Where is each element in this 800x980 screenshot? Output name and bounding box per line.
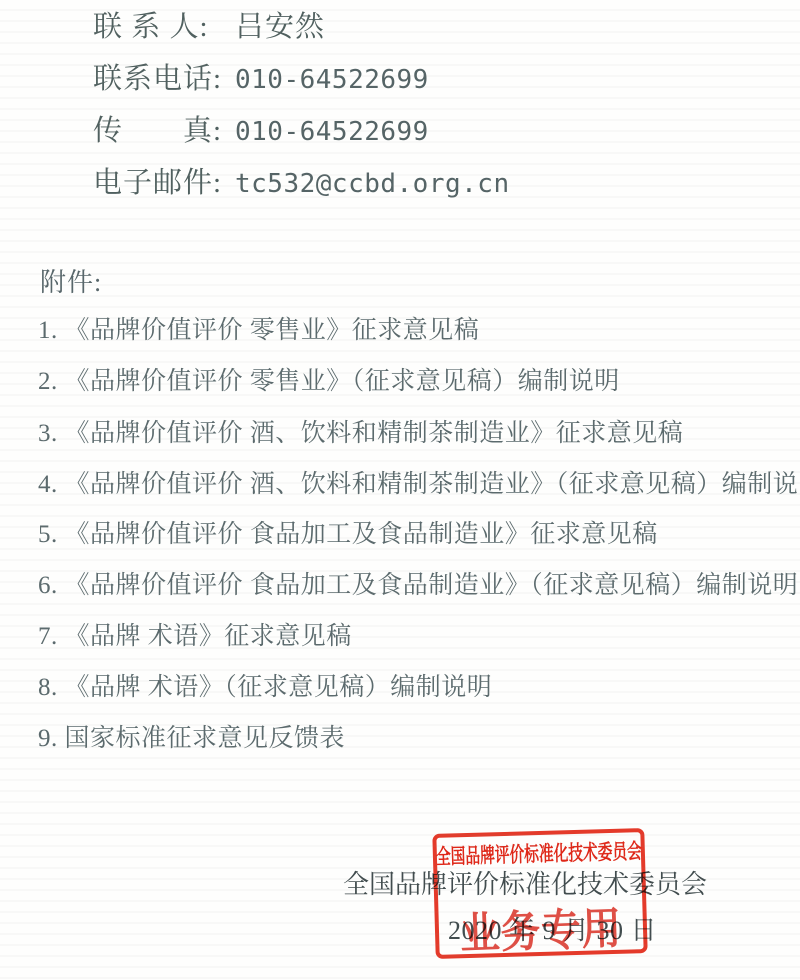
attachment-item-5: 5. 《品牌价值评价 食品加工及食品制造业》征求意见稿 — [38, 520, 658, 550]
attachment-item-9: 9. 国家标准征求意见反馈表 — [38, 724, 345, 754]
attachment-item-2: 2. 《品牌价值评价 零售业》（征求意见稿）编制说明 — [38, 367, 620, 397]
contact-phone-row: 联系电话: 010-64522699 — [93, 62, 510, 114]
contact-phone-label: 联系电话: — [93, 62, 235, 96]
attachments-heading: 附件: — [40, 262, 102, 299]
contact-block: 联 系 人: 吕安然 联系电话: 010-64522699 传 真: 010-6… — [93, 10, 510, 218]
contact-fax-row: 传 真: 010-64522699 — [93, 114, 510, 166]
attachment-item-4: 4. 《品牌价值评价 酒、饮料和精制茶制造业》（征求意见稿）编制说明 — [38, 470, 800, 500]
contact-phone-value: 010-64522699 — [235, 62, 429, 98]
attachment-item-7: 7. 《品牌 术语》征求意见稿 — [38, 622, 352, 652]
stamp-committee-text: 全国品牌评价标准化技术委员会 — [436, 835, 643, 871]
attachment-item-8: 8. 《品牌 术语》（征求意见稿）编制说明 — [38, 673, 492, 703]
attachment-item-1: 1. 《品牌价值评价 零售业》征求意见稿 — [38, 316, 479, 346]
contact-person-value: 吕安然 — [235, 10, 325, 44]
scanned-letter-page: 联 系 人: 吕安然 联系电话: 010-64522699 传 真: 010-6… — [0, 0, 800, 980]
attachment-item-3: 3. 《品牌价值评价 酒、饮料和精制茶制造业》征求意见稿 — [38, 419, 683, 449]
official-stamp: 全国品牌评价标准化技术委员会 业务专用 — [432, 828, 647, 959]
contact-person-row: 联 系 人: 吕安然 — [93, 10, 510, 62]
attachment-item-6: 6. 《品牌价值评价 食品加工及食品制造业》（征求意见稿）编制说明 — [38, 571, 798, 601]
contact-person-label: 联 系 人: — [93, 10, 235, 44]
contact-fax-value: 010-64522699 — [235, 114, 429, 150]
contact-email-row: 电子邮件: tc532@ccbd.org.cn — [93, 166, 510, 218]
contact-email-label: 电子邮件: — [93, 166, 235, 200]
contact-fax-label: 传 真: — [93, 114, 235, 148]
stamp-business-use-text: 业务专用 — [459, 892, 623, 962]
contact-email-value: tc532@ccbd.org.cn — [235, 166, 510, 202]
